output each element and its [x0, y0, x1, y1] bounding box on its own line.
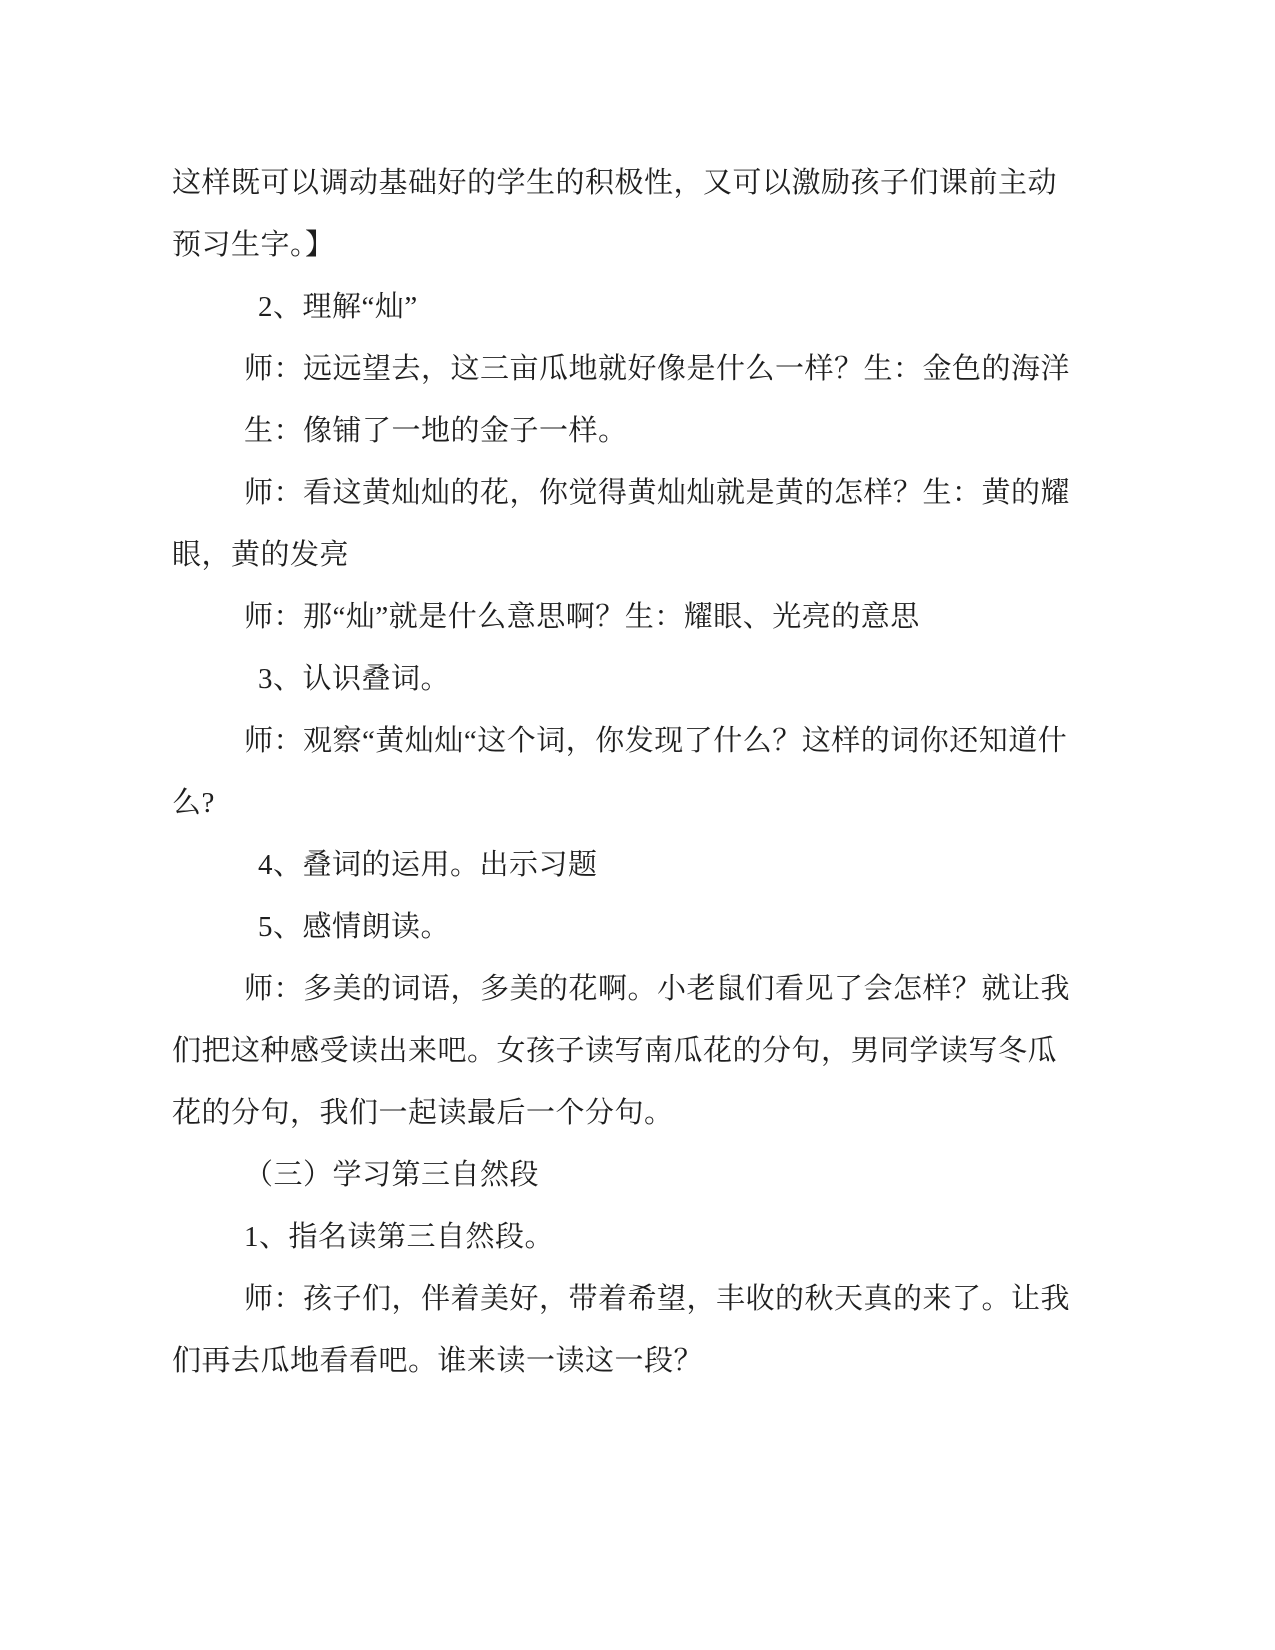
text-line: （三）学习第三自然段 — [172, 1144, 1084, 1206]
text-line: 生：像铺了一地的金子一样。 — [172, 400, 1084, 462]
text-line: 师：孩子们，伴着美好，带着希望，丰收的秋天真的来了。让我 — [172, 1268, 1084, 1330]
text-line: 2、理解“灿” — [172, 276, 1084, 338]
text-line: 师：远远望去，这三亩瓜地就好像是什么一样？生：金色的海洋 — [172, 338, 1084, 400]
text-line: 预习生字。】 — [172, 214, 1084, 276]
text-line: 师：多美的词语，多美的花啊。小老鼠们看见了会怎样？就让我 — [172, 958, 1084, 1020]
text-line: 眼，黄的发亮 — [172, 524, 1084, 586]
text-line: 师：那“灿”就是什么意思啊？生：耀眼、光亮的意思 — [172, 586, 1084, 648]
text-line: 们把这种感受读出来吧。女孩子读写南瓜花的分句，男同学读写冬瓜 — [172, 1020, 1084, 1082]
text-line: 1、指名读第三自然段。 — [172, 1206, 1084, 1268]
document-page: 这样既可以调动基础好的学生的积极性，又可以激励孩子们课前主动预习生字。】2、理解… — [0, 0, 1275, 1650]
text-line: 师：看这黄灿灿的花，你觉得黄灿灿就是黄的怎样？生：黄的耀 — [172, 462, 1084, 524]
text-line: 们再去瓜地看看吧。谁来读一读这一段？ — [172, 1330, 1084, 1392]
text-line: 5、感情朗读。 — [172, 896, 1084, 958]
text-line: 师：观察“黄灿灿“这个词，你发现了什么？这样的词你还知道什 — [172, 710, 1084, 772]
text-line: 么? — [172, 772, 1084, 834]
document-content: 这样既可以调动基础好的学生的积极性，又可以激励孩子们课前主动预习生字。】2、理解… — [172, 152, 1084, 1392]
text-line: 这样既可以调动基础好的学生的积极性，又可以激励孩子们课前主动 — [172, 152, 1084, 214]
text-line: 3、认识叠词。 — [172, 648, 1084, 710]
text-line: 花的分句，我们一起读最后一个分句。 — [172, 1082, 1084, 1144]
text-line: 4、叠词的运用。出示习题 — [172, 834, 1084, 896]
